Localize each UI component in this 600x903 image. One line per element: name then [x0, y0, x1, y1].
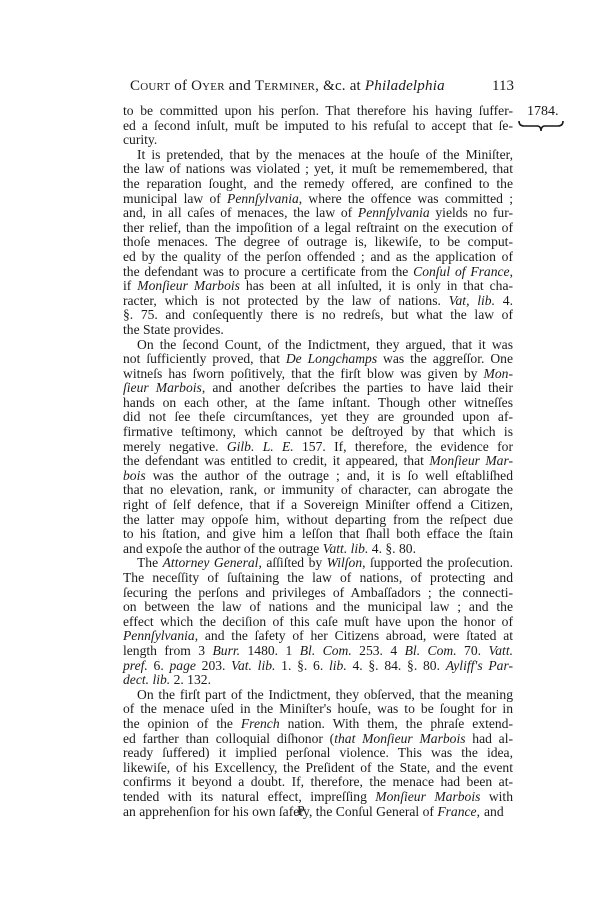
- paragraph: The Attorney General, aſſiſted by Wilſon…: [123, 556, 513, 687]
- text-line: bois was the author of the outrage ; and…: [123, 469, 513, 484]
- italic-text: bois: [123, 468, 146, 483]
- text-line: witneſs has ſworn poſitively, that the f…: [123, 367, 513, 382]
- text-line: and, in all caſes of menaces, the law of…: [123, 206, 513, 221]
- body-text: to be committed upon his perſon. That th…: [123, 104, 513, 819]
- text-line: that no elevation, rank, or immunity of …: [123, 483, 513, 498]
- running-head: Court of Oyer and Terminer, &c. at Phila…: [130, 78, 514, 98]
- text-line: It is pretended, that by the menaces at …: [123, 148, 513, 163]
- italic-text: Vat. lib.: [231, 658, 275, 673]
- paragraph: On the ſecond Count, of the Indictment, …: [123, 338, 513, 557]
- text-line: The neceſſity of ſuſtaining the law of n…: [123, 571, 513, 586]
- running-head-part: , &c. at: [315, 78, 365, 94]
- text-line: On the ſecond Count, of the Indictment, …: [123, 338, 513, 353]
- italic-text: French: [241, 716, 280, 731]
- text-line: ed a ſecond inſult, muſt be imputed to h…: [123, 119, 513, 134]
- italic-text: Monſieur Marbois: [137, 278, 240, 293]
- italic-text: dect. lib.: [123, 672, 170, 687]
- signature-mark: P: [297, 804, 305, 820]
- text-line: likewiſe, of his Excellency, the Preſide…: [123, 761, 513, 776]
- running-head-part: Court: [130, 78, 170, 94]
- text-line: an apprehenſion for his own ſafety, the …: [123, 805, 513, 820]
- italic-text: Monſieur Marbois: [375, 789, 480, 804]
- text-line: and expoſe the author of the outrage Vat…: [123, 542, 513, 557]
- running-head-title: Court of Oyer and Terminer, &c. at Phila…: [130, 78, 445, 95]
- text-line: The Attorney General, aſſiſted by Wilſon…: [123, 556, 513, 571]
- text-line: ſieur Marbois, and another deſcribes the…: [123, 381, 513, 396]
- italic-text: Vat, lib.: [449, 293, 495, 308]
- page-number: 113: [492, 78, 514, 95]
- text-line: firmative teſtimony, which cannot be deſ…: [123, 425, 513, 440]
- text-line: if Monſieur Marbois has been at all inſu…: [123, 279, 513, 294]
- text-line: on between the law of nations and the mu…: [123, 600, 513, 615]
- text-line: length from 3 Burr. 1480. 1 Bl. Com. 253…: [123, 644, 513, 659]
- margin-brace-icon: [518, 120, 564, 132]
- running-head-part: Terminer: [255, 78, 315, 94]
- text-line: right of ſelf defence, that if a Soverei…: [123, 498, 513, 513]
- paragraph: to be committed upon his perſon. That th…: [123, 104, 513, 148]
- text-line: not ſufficiently proved, that De Longcha…: [123, 352, 513, 367]
- text-line: the law of nations was violated ; yet, i…: [123, 162, 513, 177]
- text-line: confirms it beyond a doubt. If, therefor…: [123, 775, 513, 790]
- running-head-part: and: [225, 78, 255, 94]
- italic-text: Vatt.: [488, 643, 513, 658]
- text-line: On the firſt part of the Indictment, the…: [123, 688, 513, 703]
- italic-text: Vatt. lib.: [323, 541, 369, 556]
- italic-text: that Monſieur Marbois: [334, 731, 465, 746]
- italic-text: Bl. Com.: [405, 643, 457, 658]
- catchword: and: [484, 804, 504, 820]
- text-line: ed farther than colloquial diſhonor (tha…: [123, 732, 513, 747]
- text-line: the latter may oppoſe him, without depar…: [123, 513, 513, 528]
- italic-text: Wilſon: [327, 555, 363, 570]
- text-line: of the menace uſed in the Miniſter's hou…: [123, 702, 513, 717]
- text-line: racter, which is not protected by the la…: [123, 294, 513, 309]
- text-line: dect. lib. 2. 132.: [123, 673, 513, 688]
- text-line: ready ſuffered) it implied perſonal viol…: [123, 746, 513, 761]
- italic-text: Conſul of France: [413, 264, 509, 279]
- text-line: pref. 6. page 203. Vat. lib. 1. §. 6. li…: [123, 659, 513, 674]
- italic-text: Burr.: [212, 643, 240, 658]
- running-head-part: of: [170, 78, 191, 94]
- text-line: the opinion of the French nation. With t…: [123, 717, 513, 732]
- text-line: the reparation ſought, and the remedy of…: [123, 177, 513, 192]
- italic-text: Pennſylvania: [227, 191, 299, 206]
- text-line: hands on each other, at the ſame inſtant…: [123, 396, 513, 411]
- italic-text: Pennſylvania: [358, 205, 430, 220]
- text-line: Pennſylvania, and the ſafety of her Citi…: [123, 629, 513, 644]
- italic-text: De Longchamps: [286, 351, 377, 366]
- text-line: to his ſtation, and give him a leſſon th…: [123, 527, 513, 542]
- text-line: curity.: [123, 133, 513, 148]
- text-line: thoſe menaces. The degree of outrage is,…: [123, 235, 513, 250]
- italic-text: Pennſylvania: [123, 628, 195, 643]
- italic-text: Bl. Com.: [300, 643, 352, 658]
- text-line: the State provides.: [123, 323, 513, 338]
- margin-note-year: 1784.: [527, 104, 559, 120]
- text-line: municipal law of Pennſylvania, where the…: [123, 192, 513, 207]
- paragraph: On the firſt part of the Indictment, the…: [123, 688, 513, 819]
- italic-text: Mon-: [484, 366, 513, 381]
- italic-text: pref.: [123, 658, 148, 673]
- text-line: the defendant was entitled to credit, it…: [123, 454, 513, 469]
- italic-text: ſieur Marbois: [123, 380, 202, 395]
- running-head-part: Philadelphia: [365, 78, 445, 94]
- text-line: effect which the deciſion of this caſe m…: [123, 615, 513, 630]
- text-line: merely negative. Gilb. L. E. 157. If, th…: [123, 440, 513, 455]
- text-line: to be committed upon his perſon. That th…: [123, 104, 513, 119]
- italic-text: lib.: [329, 658, 347, 673]
- text-line: ſecuring the perſons and privileges of A…: [123, 586, 513, 601]
- running-head-part: Oyer: [191, 78, 225, 94]
- text-line: ed by the quality of the perſon offended…: [123, 250, 513, 265]
- italic-text: Monſieur Mar-: [429, 453, 513, 468]
- italic-text: Ayliff's Par-: [446, 658, 513, 673]
- italic-text: page: [169, 658, 195, 673]
- paragraph: It is pretended, that by the menaces at …: [123, 148, 513, 338]
- text-line: the defendant was to procure a certifica…: [123, 265, 513, 280]
- text-line: §. 75. and conſequently there is no redr…: [123, 308, 513, 323]
- italic-text: Attorney General: [163, 555, 259, 570]
- text-line: ther relief, than the impoſition of a le…: [123, 221, 513, 236]
- book-page: Court of Oyer and Terminer, &c. at Phila…: [0, 0, 600, 903]
- text-line: tended with its natural effect, impreſſi…: [123, 790, 513, 805]
- text-line: did not ſee theſe circumſtances, yet the…: [123, 410, 513, 425]
- italic-text: France: [437, 804, 476, 819]
- italic-text: Gilb. L. E.: [227, 439, 294, 454]
